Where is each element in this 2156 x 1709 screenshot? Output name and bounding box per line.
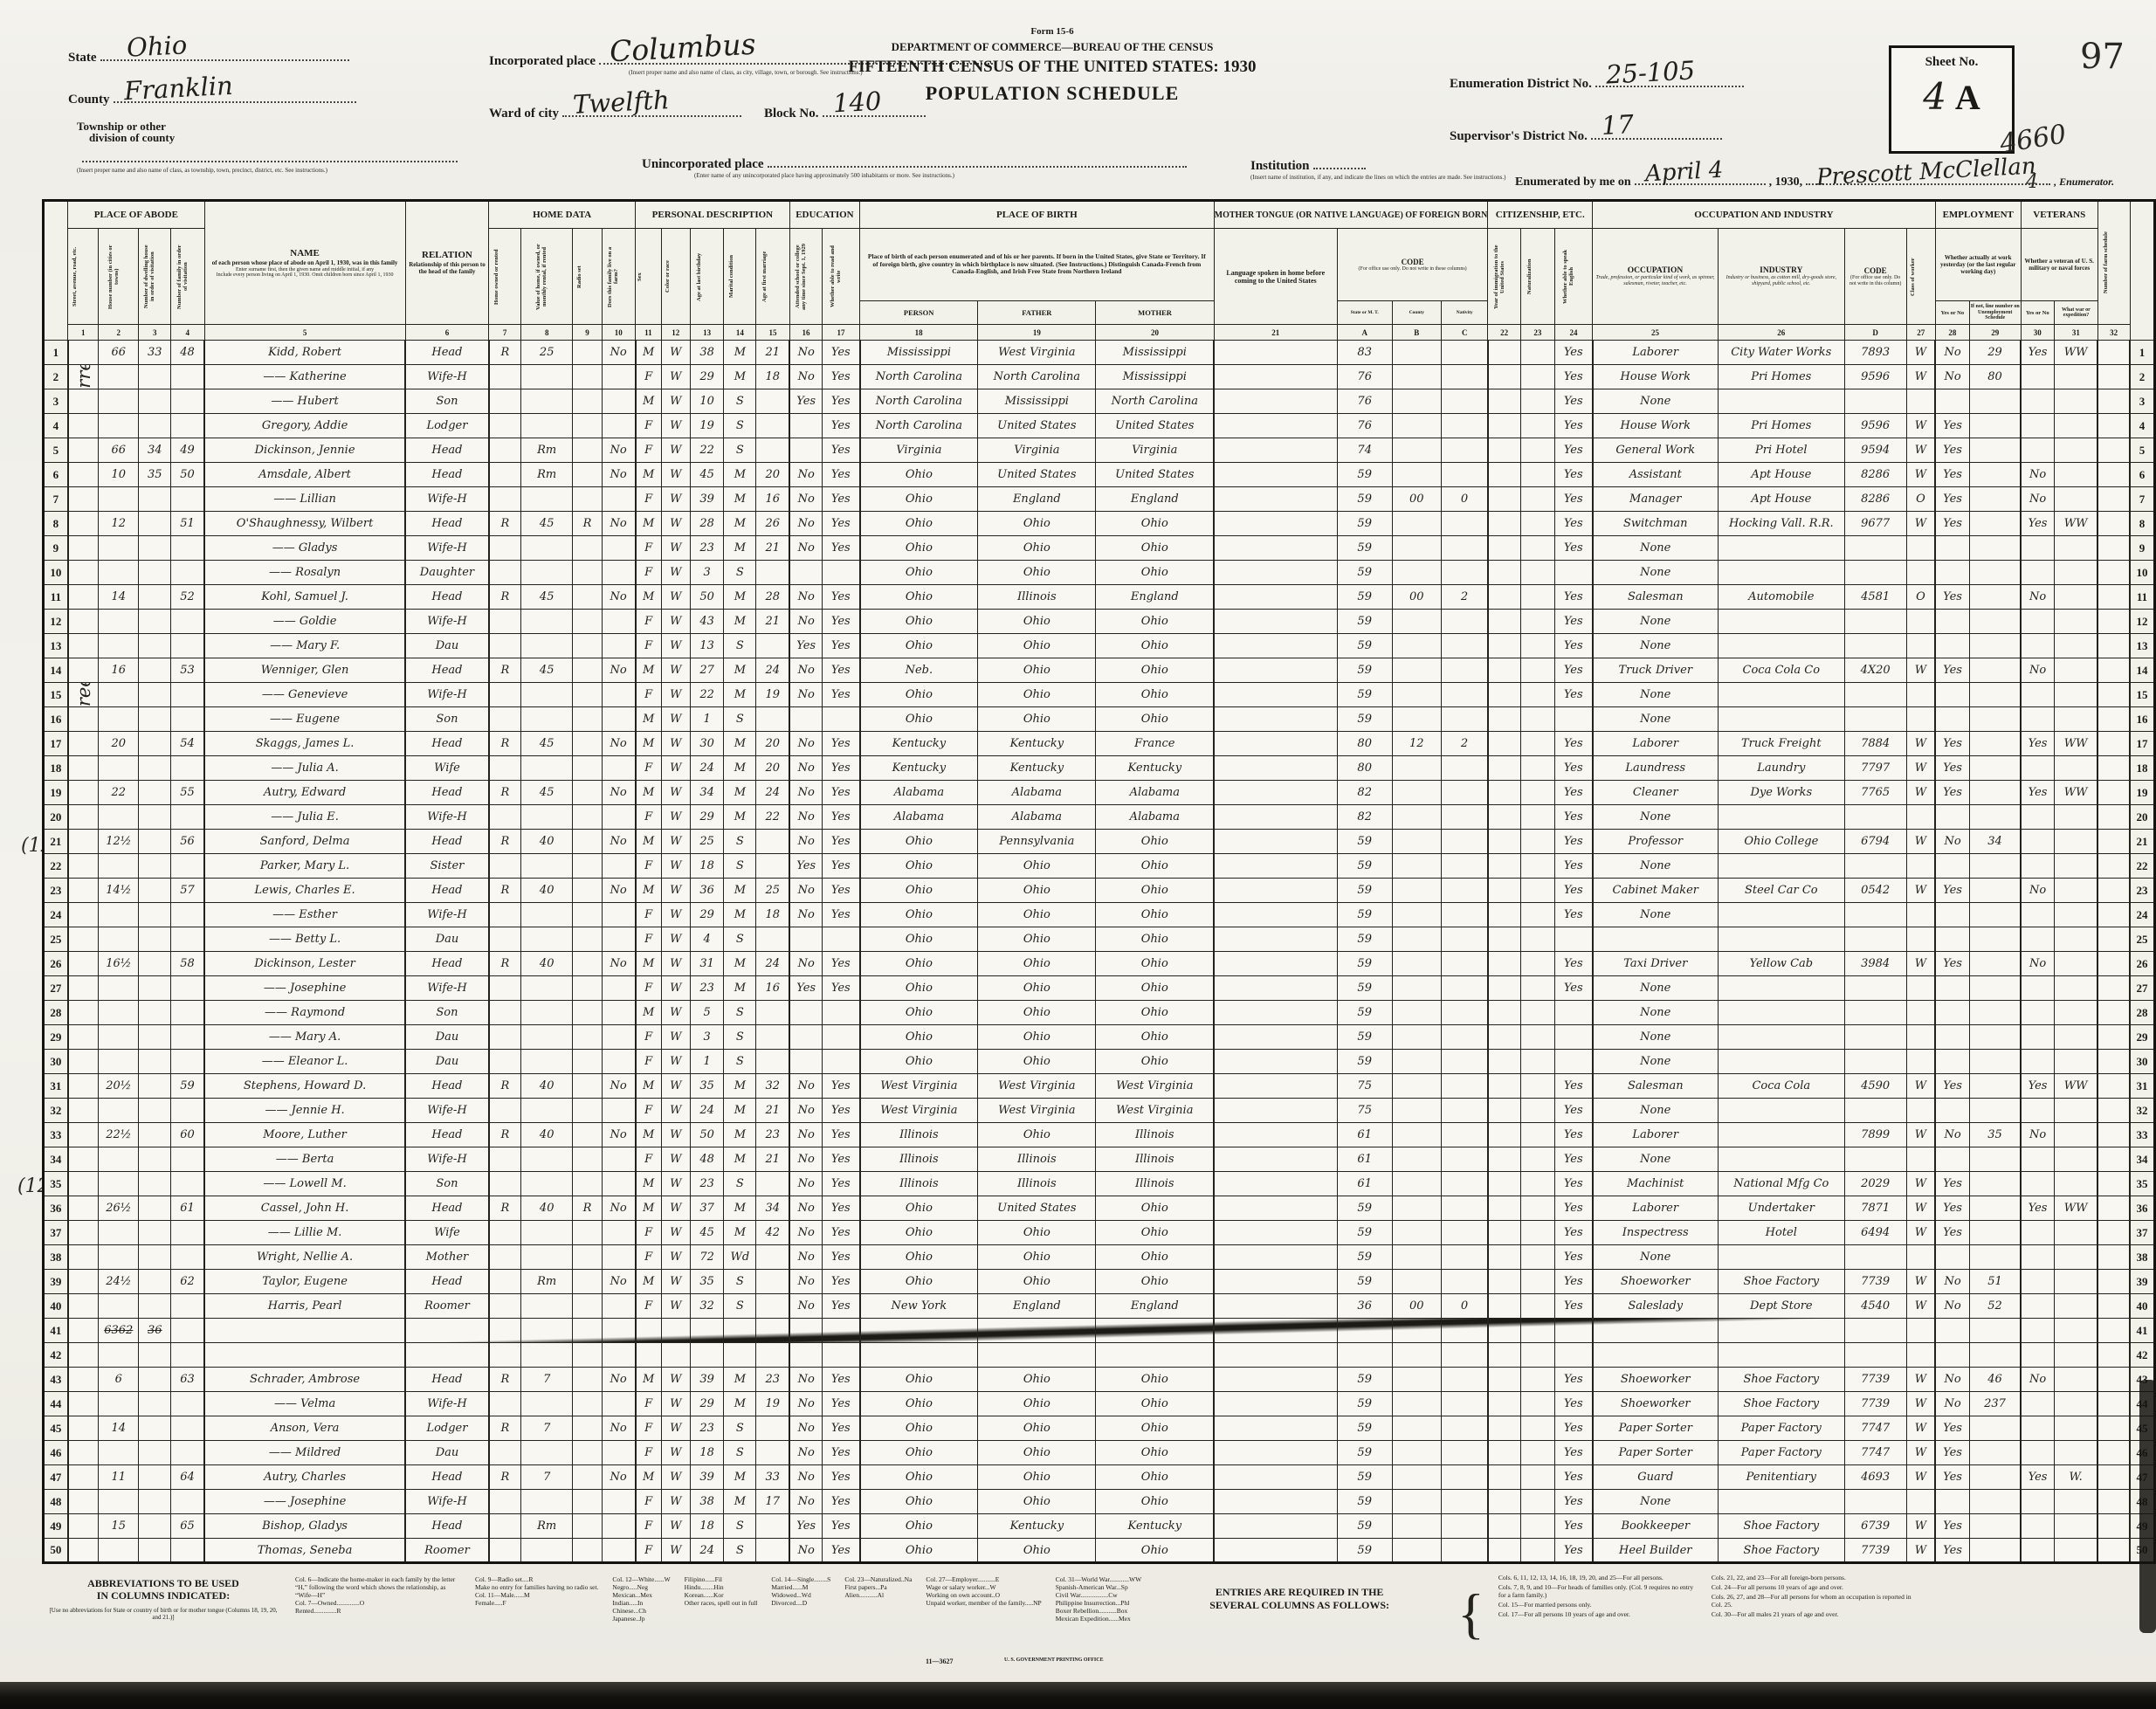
cell-read_write: [823, 1025, 860, 1050]
footer-abbreviation-column: Col. 9—Radio set....RMake no entry for f…: [475, 1570, 598, 1623]
cell-owned: [489, 561, 521, 585]
cell-age_married: [756, 561, 790, 585]
cell-code_a: 59: [1337, 1368, 1392, 1392]
cell-radio: [573, 1050, 602, 1074]
cell-street: [68, 1490, 99, 1514]
cell-farm_schedule: [2097, 1050, 2130, 1074]
cell-family: [171, 756, 204, 781]
cell-mother_birthplace: Ohio: [1096, 1416, 1214, 1441]
cell-birthplace: Ohio: [860, 1416, 978, 1441]
cell-language: [1214, 1001, 1337, 1025]
cell-farm: [602, 756, 635, 781]
cell-color: W: [661, 781, 690, 805]
column-number: 19: [978, 325, 1096, 341]
cell-naturalization: [1520, 389, 1554, 414]
cell-street: [68, 1343, 99, 1368]
cell-age_married: [756, 1343, 790, 1368]
cell-unemployment: 80: [1969, 365, 2021, 389]
cell-mother_birthplace: England: [1096, 1294, 1214, 1319]
line-number: 33: [2130, 1123, 2155, 1147]
cell-value: 45: [520, 781, 573, 805]
cell-sex: M: [636, 1196, 662, 1221]
cell-radio: [573, 487, 602, 512]
cell-veteran: [2021, 1099, 2054, 1123]
cell-class: W: [1906, 658, 1935, 683]
cell-color: W: [661, 1368, 690, 1392]
cell-war: [2054, 561, 2097, 585]
cell-name: O'Shaughnessy, Wilbert: [204, 512, 405, 536]
cell-code_a: 59: [1337, 1465, 1392, 1490]
cell-radio: [573, 438, 602, 463]
cell-marital: S: [724, 1294, 756, 1319]
cell-english: Yes: [1555, 414, 1593, 438]
enumerator-signature-line: Prescott McClellan: [1806, 166, 2050, 185]
age-column-header: Age at last birthday: [690, 229, 724, 325]
cell-occupation: Truck Driver: [1593, 658, 1719, 683]
cell-code_a: 76: [1337, 365, 1392, 389]
line-number: 17: [44, 732, 68, 756]
cell-mother_birthplace: Ohio: [1096, 561, 1214, 585]
cell-unemployment: 237: [1969, 1392, 2021, 1416]
cell-unemployment: [1969, 585, 2021, 610]
cell-father_birthplace: Mississippi: [978, 389, 1096, 414]
cell-language: [1214, 1196, 1337, 1221]
cell-farm_schedule: [2097, 634, 2130, 658]
line-number: 29: [2130, 1025, 2155, 1050]
cell-unemployment: [1969, 561, 2021, 585]
column-number: 13: [690, 325, 724, 341]
cell-code_c: [1442, 536, 1488, 561]
cell-age_married: [756, 1001, 790, 1025]
cell-farm: [602, 1441, 635, 1465]
cell-farm_schedule: [2097, 561, 2130, 585]
cell-dwelling: [139, 732, 171, 756]
cell-occupation: Salesman: [1593, 585, 1719, 610]
cell-father_birthplace: Ohio: [978, 610, 1096, 634]
cell-sex: F: [636, 1294, 662, 1319]
cell-relation: Wife: [405, 756, 489, 781]
cell-naturalization: [1520, 1343, 1554, 1368]
cell-english: [1555, 927, 1593, 952]
cell-immigration: [1488, 1074, 1520, 1099]
cell-age_married: [756, 414, 790, 438]
cell-birthplace: North Carolina: [860, 365, 978, 389]
read-write-column-header: Whether able to read and write: [823, 229, 860, 325]
cell-occupation: None: [1593, 1001, 1719, 1025]
cell-age: 19: [690, 414, 724, 438]
cell-unemployment: [1969, 1147, 2021, 1172]
occupation-column-header: OCCUPATION Trade, profession, or particu…: [1593, 229, 1719, 325]
cell-veteran: [2021, 438, 2054, 463]
cell-occupation: Laborer: [1593, 1196, 1719, 1221]
cell-code_c: [1442, 976, 1488, 1001]
cell-code_a: 61: [1337, 1123, 1392, 1147]
cell-code_c: [1442, 341, 1488, 365]
cell-value: [520, 707, 573, 732]
cell-father_birthplace: Ohio: [978, 683, 1096, 707]
cell-veteran: [2021, 805, 2054, 830]
cell-street: [68, 414, 99, 438]
cell-sex: M: [636, 707, 662, 732]
cell-family: [171, 1001, 204, 1025]
cell-veteran: [2021, 1172, 2054, 1196]
cell-code_b: [1392, 1270, 1441, 1294]
cell-mother_birthplace: France: [1096, 732, 1214, 756]
cell-street: [68, 610, 99, 634]
cell-occupation: Laborer: [1593, 732, 1719, 756]
cell-code_d: [1844, 1319, 1906, 1343]
cell-english: Yes: [1555, 1196, 1593, 1221]
enumeration-date: April 4: [1644, 157, 1724, 188]
cell-radio: [573, 756, 602, 781]
cell-family: [171, 561, 204, 585]
cell-occupation: Laundress: [1593, 756, 1719, 781]
cell-radio: [573, 707, 602, 732]
cell-industry: [1718, 683, 1844, 707]
line-number: 40: [44, 1294, 68, 1319]
cell-relation: Lodger: [405, 1416, 489, 1441]
cell-age_married: 20: [756, 732, 790, 756]
cell-naturalization: [1520, 658, 1554, 683]
cell-value: 7: [520, 1465, 573, 1490]
cell-code_d: 7747: [1844, 1416, 1906, 1441]
cell-code_d: [1844, 683, 1906, 707]
cell-value: [520, 414, 573, 438]
cell-read_write: Yes: [823, 1172, 860, 1196]
cell-family: 56: [171, 830, 204, 854]
cell-age_married: 24: [756, 952, 790, 976]
cell-dwelling: [139, 927, 171, 952]
cell-read_write: Yes: [823, 1514, 860, 1539]
cell-class: [1906, 1050, 1935, 1074]
cell-house: 20½: [99, 1074, 139, 1099]
cell-industry: [1718, 1343, 1844, 1368]
cell-occupation: Professor: [1593, 830, 1719, 854]
cell-color: W: [661, 634, 690, 658]
cell-owned: R: [489, 830, 521, 854]
cell-war: WW: [2054, 732, 2097, 756]
cell-age: 3: [690, 1025, 724, 1050]
cell-street: [68, 1270, 99, 1294]
cell-naturalization: [1520, 341, 1554, 365]
cell-value: Rm: [520, 463, 573, 487]
cell-street: [68, 1147, 99, 1172]
cell-marital: M: [724, 1490, 756, 1514]
cell-father_birthplace: Ohio: [978, 707, 1096, 732]
cell-owned: [489, 414, 521, 438]
cell-farm: No: [602, 1368, 635, 1392]
cell-veteran: [2021, 830, 2054, 854]
cell-age_married: 21: [756, 1099, 790, 1123]
line-number: 1: [44, 341, 68, 365]
cell-street: [68, 463, 99, 487]
cell-sex: F: [636, 903, 662, 927]
cell-owned: [489, 610, 521, 634]
cell-color: W: [661, 1441, 690, 1465]
cell-father_birthplace: United States: [978, 463, 1096, 487]
cell-mother_birthplace: Illinois: [1096, 1172, 1214, 1196]
cell-code_b: [1392, 830, 1441, 854]
cell-birthplace: Ohio: [860, 1221, 978, 1245]
cell-radio: [573, 585, 602, 610]
cell-age_married: [756, 1319, 790, 1343]
cell-color: W: [661, 389, 690, 414]
cell-value: [520, 1319, 573, 1343]
cell-english: Yes: [1555, 1270, 1593, 1294]
cell-owned: [489, 463, 521, 487]
cell-mother_birthplace: North Carolina: [1096, 389, 1214, 414]
cell-veteran: [2021, 1050, 2054, 1074]
cell-code_c: [1442, 634, 1488, 658]
cell-birthplace: Mississippi: [860, 341, 978, 365]
column-number: 27: [1906, 325, 1935, 341]
line-number: 27: [2130, 976, 2155, 1001]
cell-mother_birthplace: Ohio: [1096, 1539, 1214, 1563]
cell-code_b: [1392, 658, 1441, 683]
column-number: B: [1392, 325, 1441, 341]
cell-sex: F: [636, 561, 662, 585]
cell-sex: M: [636, 952, 662, 976]
cell-school: Yes: [789, 1514, 822, 1539]
cell-dwelling: [139, 365, 171, 389]
cell-veteran: [2021, 1294, 2054, 1319]
cell-house: [99, 1441, 139, 1465]
cell-house: [99, 707, 139, 732]
cell-war: [2054, 1025, 2097, 1050]
cell-house: [99, 487, 139, 512]
cell-farm: [602, 1245, 635, 1270]
cell-class: [1906, 536, 1935, 561]
township-field: Township or otherdivision of county (Ins…: [77, 121, 636, 174]
cell-sex: M: [636, 585, 662, 610]
cell-industry: [1718, 1123, 1844, 1147]
table-row: 2Garrett—— KatherineWife-HFW29M18NoYesNo…: [44, 365, 2155, 389]
cell-code_b: [1392, 1074, 1441, 1099]
cell-father_birthplace: Ohio: [978, 1001, 1096, 1025]
line-number: 34: [44, 1147, 68, 1172]
cell-class: W: [1906, 1392, 1935, 1416]
cell-english: Yes: [1555, 1465, 1593, 1490]
cell-marital: S: [724, 414, 756, 438]
cell-name: —— Mary F.: [204, 634, 405, 658]
cell-relation: [405, 1319, 489, 1343]
cell-dwelling: [139, 1123, 171, 1147]
cell-english: Yes: [1555, 830, 1593, 854]
cell-sex: F: [636, 1245, 662, 1270]
cell-dwelling: [139, 1001, 171, 1025]
cell-industry: National Mfg Co: [1718, 1172, 1844, 1196]
cell-street: [68, 487, 99, 512]
cell-language: [1214, 732, 1337, 756]
cell-age_married: [756, 830, 790, 854]
cell-street: [68, 536, 99, 561]
cell-code_b: [1392, 1099, 1441, 1123]
cell-code_d: [1844, 634, 1906, 658]
cell-occupation: Assistant: [1593, 463, 1719, 487]
cell-read_write: [823, 561, 860, 585]
cell-naturalization: [1520, 927, 1554, 952]
cell-name: Cassel, John H.: [204, 1196, 405, 1221]
cell-read_write: Yes: [823, 1441, 860, 1465]
cell-owned: [489, 1343, 521, 1368]
column-number: 22: [1488, 325, 1520, 341]
cell-sex: F: [636, 1025, 662, 1050]
cell-immigration: [1488, 512, 1520, 536]
cell-father_birthplace: Ohio: [978, 1368, 1096, 1392]
cell-code_a: 59: [1337, 903, 1392, 927]
cell-naturalization: [1520, 707, 1554, 732]
cell-birthplace: Ohio: [860, 879, 978, 903]
cell-code_a: 75: [1337, 1074, 1392, 1099]
cell-sex: [636, 1343, 662, 1368]
cell-farm_schedule: [2097, 1245, 2130, 1270]
cell-radio: [573, 683, 602, 707]
cell-mother_birthplace: Alabama: [1096, 781, 1214, 805]
cell-name: Bishop, Gladys: [204, 1514, 405, 1539]
cell-house: [99, 536, 139, 561]
cell-age_married: 21: [756, 1147, 790, 1172]
cell-veteran: [2021, 683, 2054, 707]
cell-owned: R: [489, 781, 521, 805]
cell-farm_schedule: [2097, 1270, 2130, 1294]
cell-age: 29: [690, 805, 724, 830]
cell-occupation: None: [1593, 1245, 1719, 1270]
cell-radio: [573, 781, 602, 805]
cell-age_married: 21: [756, 610, 790, 634]
cell-color: W: [661, 585, 690, 610]
cell-father_birthplace: [978, 1319, 1096, 1343]
line-number: 24: [2130, 903, 2155, 927]
cell-owned: [489, 1392, 521, 1416]
cell-age_married: [756, 1514, 790, 1539]
cell-english: Yes: [1555, 536, 1593, 561]
cell-code_d: [1844, 1099, 1906, 1123]
cell-street: [68, 585, 99, 610]
cell-class: W: [1906, 830, 1935, 854]
cell-language: [1214, 1368, 1337, 1392]
cell-read_write: [823, 1001, 860, 1025]
cell-owned: R: [489, 879, 521, 903]
cell-dwelling: [139, 1368, 171, 1392]
cell-dwelling: [139, 561, 171, 585]
column-number: 18: [860, 325, 978, 341]
annotation-4: 4: [2026, 171, 2038, 193]
cell-farm_schedule: [2097, 610, 2130, 634]
cell-naturalization: [1520, 610, 1554, 634]
cell-farm: No: [602, 438, 635, 463]
cell-code_b: [1392, 1368, 1441, 1392]
cell-value: [520, 903, 573, 927]
cell-house: 16: [99, 658, 139, 683]
cell-code_a: 59: [1337, 1050, 1392, 1074]
cell-immigration: [1488, 976, 1520, 1001]
cell-house: [99, 1221, 139, 1245]
cell-value: 45: [520, 658, 573, 683]
cell-age: 5: [690, 1001, 724, 1025]
cell-relation: Head: [405, 585, 489, 610]
cell-age_married: 22: [756, 805, 790, 830]
cell-industry: Shoe Factory: [1718, 1539, 1844, 1563]
table-row: 15Street—— GenevieveWife-HFW22M19NoYesOh…: [44, 683, 2155, 707]
line-number: 33: [44, 1123, 68, 1147]
home-owned-column-header: Home owned or rented: [489, 229, 521, 325]
cell-age_married: 23: [756, 1123, 790, 1147]
mother-tongue-code-header: CODE (For office use only. Do not write …: [1337, 229, 1488, 301]
cell-naturalization: [1520, 414, 1554, 438]
cell-war: [2054, 1490, 2097, 1514]
cell-birthplace: Neb.: [860, 658, 978, 683]
cell-veteran: No: [2021, 658, 2054, 683]
cell-father_birthplace: Ohio: [978, 927, 1096, 952]
cell-birthplace: [860, 1343, 978, 1368]
cell-radio: [573, 1441, 602, 1465]
line-number: 25: [44, 927, 68, 952]
cell-owned: R: [489, 341, 521, 365]
cell-unemployment: [1969, 610, 2021, 634]
cell-color: W: [661, 1074, 690, 1099]
cell-unemployment: [1969, 1465, 2021, 1490]
cell-radio: [573, 854, 602, 879]
cell-naturalization: [1520, 903, 1554, 927]
cell-age: 10: [690, 389, 724, 414]
cell-immigration: [1488, 805, 1520, 830]
cell-veteran: [2021, 1245, 2054, 1270]
cell-industry: Pri Homes: [1718, 414, 1844, 438]
cell-unemployment: [1969, 414, 2021, 438]
cell-age: 1: [690, 707, 724, 732]
cell-code_d: 3984: [1844, 952, 1906, 976]
cell-industry: Truck Freight: [1718, 732, 1844, 756]
cell-unemployment: [1969, 927, 2021, 952]
cell-radio: [573, 1539, 602, 1563]
cell-farm: [602, 389, 635, 414]
cell-birthplace: Illinois: [860, 1147, 978, 1172]
cell-marital: M: [724, 341, 756, 365]
cell-age_married: 33: [756, 1465, 790, 1490]
cell-naturalization: [1520, 1270, 1554, 1294]
line-number: 25: [2130, 927, 2155, 952]
cell-value: [520, 854, 573, 879]
cell-code_a: 59: [1337, 707, 1392, 732]
cell-war: [2054, 976, 2097, 1001]
cell-veteran: [2021, 976, 2054, 1001]
table-row: 25—— Betty L.DauFW4SOhioOhioOhio5925: [44, 927, 2155, 952]
cell-language: [1214, 1099, 1337, 1123]
cell-at_work: [1935, 1147, 1969, 1172]
cell-school: No: [789, 658, 822, 683]
occupation-code-column-header: CODE (For office use only. Do not write …: [1844, 229, 1906, 325]
cell-marital: M: [724, 756, 756, 781]
cell-language: [1214, 1172, 1337, 1196]
column-number: 6: [405, 325, 489, 341]
cell-code_a: 59: [1337, 1490, 1392, 1514]
cell-street: [68, 976, 99, 1001]
cell-code_d: 7884: [1844, 732, 1906, 756]
cell-farm_schedule: [2097, 1319, 2130, 1343]
cell-naturalization: [1520, 463, 1554, 487]
cell-relation: Dau: [405, 927, 489, 952]
line-number: 21: [2130, 830, 2155, 854]
cell-dwelling: [139, 707, 171, 732]
cell-value: 25: [520, 341, 573, 365]
cell-value: 40: [520, 1196, 573, 1221]
place-of-birth-description: Place of birth of each person enumerated…: [860, 229, 1215, 301]
cell-age: 38: [690, 1490, 724, 1514]
cell-dwelling: 35: [139, 463, 171, 487]
cell-occupation: [1593, 1343, 1719, 1368]
cell-class: W: [1906, 732, 1935, 756]
cell-at_work: [1935, 634, 1969, 658]
